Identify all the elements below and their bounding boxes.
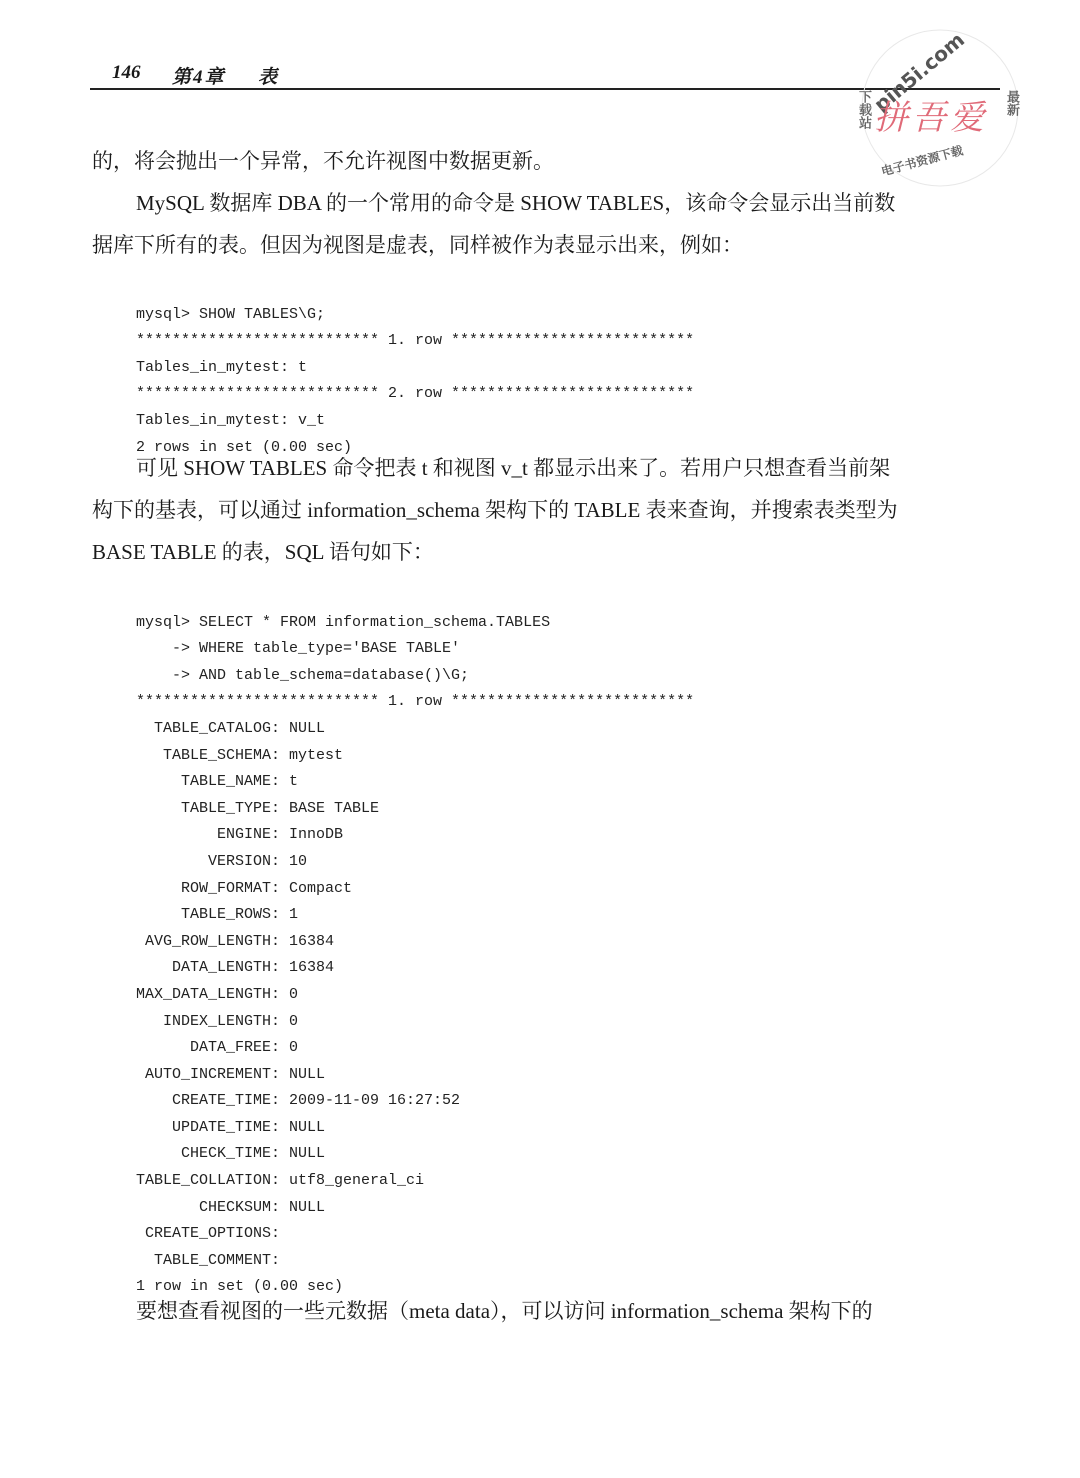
code-line: TABLE_TYPE: BASE TABLE — [136, 796, 694, 823]
code-line: DATA_FREE: 0 — [136, 1035, 694, 1062]
code-line: mysql> SELECT * FROM information_schema.… — [136, 610, 694, 637]
code-line: TABLE_NAME: t — [136, 769, 694, 796]
code-line: -> WHERE table_type='BASE TABLE' — [136, 636, 694, 663]
code-line: Tables_in_mytest: t — [136, 355, 694, 382]
text-line: 可见 SHOW TABLES 命令把表 t 和视图 v_t 都显示出来了。若用户… — [92, 447, 987, 489]
code-line: TABLE_COMMENT: — [136, 1248, 694, 1275]
code-line: Tables_in_mytest: v_t — [136, 408, 694, 435]
code-line: mysql> SHOW TABLES\G; — [136, 302, 694, 329]
code-line: TABLE_SCHEMA: mytest — [136, 743, 694, 770]
paragraph-3: 可见 SHOW TABLES 命令把表 t 和视图 v_t 都显示出来了。若用户… — [92, 447, 987, 573]
text-line: BASE TABLE 的表，SQL 语句如下： — [92, 531, 987, 573]
code-line: INDEX_LENGTH: 0 — [136, 1009, 694, 1036]
text-line: 构下的基表，可以通过 information_schema 架构下的 TABLE… — [92, 489, 987, 531]
code-line: VERSION: 10 — [136, 849, 694, 876]
code-line: TABLE_CATALOG: NULL — [136, 716, 694, 743]
paragraph-2: MySQL 数据库 DBA 的一个常用的命令是 SHOW TABLES，该命令会… — [92, 182, 987, 266]
code-line: TABLE_ROWS: 1 — [136, 902, 694, 929]
watermark-brand: 拼吾爱 — [874, 90, 988, 139]
code-line: ROW_FORMAT: Compact — [136, 876, 694, 903]
code-line: *************************** 1. row *****… — [136, 328, 694, 355]
code-line: DATA_LENGTH: 16384 — [136, 955, 694, 982]
chapter-label: 第4章 — [172, 62, 226, 89]
code-line: CHECKSUM: NULL — [136, 1195, 694, 1222]
watermark-right: 最新 — [1002, 90, 1021, 116]
text-line: 要想查看视图的一些元数据（meta data），可以访问 information… — [92, 1290, 987, 1332]
code-line: MAX_DATA_LENGTH: 0 — [136, 982, 694, 1009]
code-line: UPDATE_TIME: NULL — [136, 1115, 694, 1142]
code-line: CREATE_TIME: 2009-11-09 16:27:52 — [136, 1088, 694, 1115]
paragraph-1: 的，将会抛出一个异常，不允许视图中数据更新。 — [92, 140, 987, 182]
code-line: CHECK_TIME: NULL — [136, 1141, 694, 1168]
code-line: AUTO_INCREMENT: NULL — [136, 1062, 694, 1089]
text-line: 的，将会抛出一个异常，不允许视图中数据更新。 — [92, 140, 987, 182]
code-line: ENGINE: InnoDB — [136, 822, 694, 849]
code-line: AVG_ROW_LENGTH: 16384 — [136, 929, 694, 956]
code-line: CREATE_OPTIONS: — [136, 1221, 694, 1248]
text-line: 据库下所有的表。但因为视图是虚表，同样被作为表显示出来，例如： — [92, 224, 987, 266]
code-line: TABLE_COLLATION: utf8_general_ci — [136, 1168, 694, 1195]
code-line: -> AND table_schema=database()\G; — [136, 663, 694, 690]
watermark-left: 下载站 — [854, 90, 873, 129]
page-number: 146 — [112, 62, 141, 84]
code-line: *************************** 2. row *****… — [136, 381, 694, 408]
code-block-select-tables: mysql> SELECT * FROM information_schema.… — [136, 583, 694, 1328]
paragraph-4: 要想查看视图的一些元数据（meta data），可以访问 information… — [92, 1290, 987, 1332]
code-line: *************************** 1. row *****… — [136, 689, 694, 716]
text-line: MySQL 数据库 DBA 的一个常用的命令是 SHOW TABLES，该命令会… — [92, 182, 987, 224]
chapter-title: 表 — [258, 62, 277, 89]
